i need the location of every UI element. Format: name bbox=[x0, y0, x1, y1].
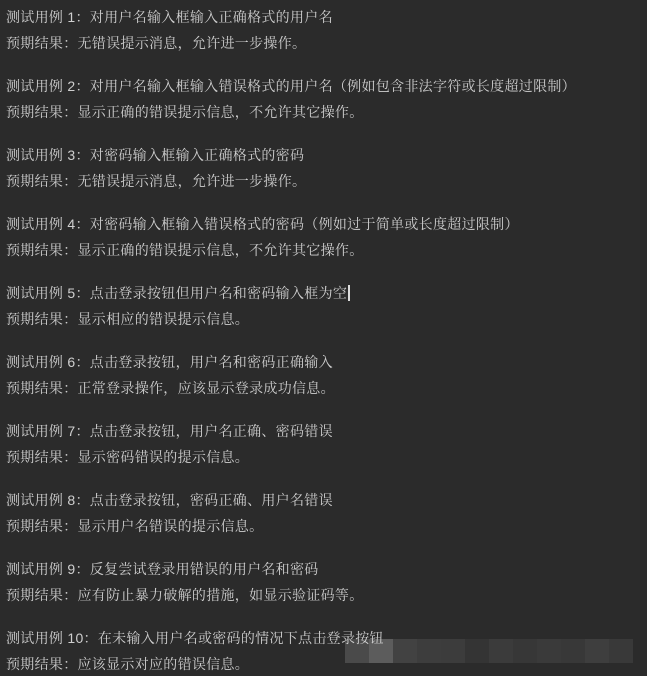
test-case-block-8: 测试用例 8：点击登录按钮，密码正确、用户名错误 预期结果：显示用户名错误的提示… bbox=[6, 487, 639, 539]
case-expected-result: 预期结果：显示正确的错误提示信息，不允许其它操作。 bbox=[6, 237, 639, 263]
case-title: 测试用例 8：点击登录按钮，密码正确、用户名错误 bbox=[6, 487, 639, 513]
text-cursor bbox=[348, 285, 350, 301]
case-title-text: 测试用例 7：点击登录按钮，用户名正确、密码错误 bbox=[6, 423, 333, 439]
test-case-block-3: 测试用例 3：对密码输入框输入正确格式的密码 预期结果：无错误提示消息，允许进一… bbox=[6, 142, 639, 194]
test-case-block-5: 测试用例 5：点击登录按钮但用户名和密码输入框为空 预期结果：显示相应的错误提示… bbox=[6, 280, 639, 332]
test-case-block-10: 测试用例 10：在未输入用户名或密码的情况下点击登录按钮 预期结果：应该显示对应… bbox=[6, 625, 639, 676]
case-title: 测试用例 5：点击登录按钮但用户名和密码输入框为空 bbox=[6, 280, 639, 306]
test-case-block-7: 测试用例 7：点击登录按钮，用户名正确、密码错误 预期结果：显示密码错误的提示信… bbox=[6, 418, 639, 470]
case-expected-result: 预期结果：无错误提示消息，允许进一步操作。 bbox=[6, 30, 639, 56]
case-title: 测试用例 4：对密码输入框输入错误格式的密码（例如过于简单或长度超过限制） bbox=[6, 211, 639, 237]
case-title-text: 测试用例 3：对密码输入框输入正确格式的密码 bbox=[6, 147, 304, 163]
case-result-text: 预期结果：正常登录操作，应该显示登录成功信息。 bbox=[6, 380, 335, 396]
case-title-text: 测试用例 1：对用户名输入框输入正确格式的用户名 bbox=[6, 9, 333, 25]
case-result-text: 预期结果：显示相应的错误提示信息。 bbox=[6, 311, 249, 327]
case-title: 测试用例 2：对用户名输入框输入错误格式的用户名（例如包含非法字符或长度超过限制… bbox=[6, 73, 639, 99]
test-case-block-4: 测试用例 4：对密码输入框输入错误格式的密码（例如过于简单或长度超过限制） 预期… bbox=[6, 211, 639, 263]
case-result-text: 预期结果：应该显示对应的错误信息。 bbox=[6, 656, 249, 672]
case-result-text: 预期结果：显示用户名错误的提示信息。 bbox=[6, 518, 263, 534]
case-title: 测试用例 7：点击登录按钮，用户名正确、密码错误 bbox=[6, 418, 639, 444]
case-title: 测试用例 10：在未输入用户名或密码的情况下点击登录按钮 bbox=[6, 625, 639, 651]
test-case-block-9: 测试用例 9：反复尝试登录用错误的用户名和密码 预期结果：应有防止暴力破解的措施… bbox=[6, 556, 639, 608]
case-title-text: 测试用例 5：点击登录按钮但用户名和密码输入框为空 bbox=[6, 285, 347, 301]
case-result-text: 预期结果：无错误提示消息，允许进一步操作。 bbox=[6, 35, 306, 51]
case-expected-result: 预期结果：显示正确的错误提示信息，不允许其它操作。 bbox=[6, 99, 639, 125]
case-title-text: 测试用例 2：对用户名输入框输入错误格式的用户名（例如包含非法字符或长度超过限制… bbox=[6, 78, 576, 94]
case-expected-result: 预期结果：应有防止暴力破解的措施，如显示验证码等。 bbox=[6, 582, 639, 608]
case-title-text: 测试用例 9：反复尝试登录用错误的用户名和密码 bbox=[6, 561, 319, 577]
case-title-text: 测试用例 6：点击登录按钮，用户名和密码正确输入 bbox=[6, 354, 333, 370]
case-expected-result: 预期结果：无错误提示消息，允许进一步操作。 bbox=[6, 168, 639, 194]
case-expected-result: 预期结果：正常登录操作，应该显示登录成功信息。 bbox=[6, 375, 639, 401]
case-result-text: 预期结果：应有防止暴力破解的措施，如显示验证码等。 bbox=[6, 587, 364, 603]
case-expected-result: 预期结果：显示用户名错误的提示信息。 bbox=[6, 513, 639, 539]
case-title: 测试用例 3：对密码输入框输入正确格式的密码 bbox=[6, 142, 639, 168]
case-title-text: 测试用例 4：对密码输入框输入错误格式的密码（例如过于简单或长度超过限制） bbox=[6, 216, 519, 232]
case-result-text: 预期结果：无错误提示消息，允许进一步操作。 bbox=[6, 173, 306, 189]
test-case-block-2: 测试用例 2：对用户名输入框输入错误格式的用户名（例如包含非法字符或长度超过限制… bbox=[6, 73, 639, 125]
test-case-block-6: 测试用例 6：点击登录按钮，用户名和密码正确输入 预期结果：正常登录操作，应该显… bbox=[6, 349, 639, 401]
case-expected-result: 预期结果：显示密码错误的提示信息。 bbox=[6, 444, 639, 470]
case-title: 测试用例 1：对用户名输入框输入正确格式的用户名 bbox=[6, 4, 639, 30]
case-expected-result: 预期结果：应该显示对应的错误信息。 bbox=[6, 651, 639, 676]
case-title: 测试用例 9：反复尝试登录用错误的用户名和密码 bbox=[6, 556, 639, 582]
case-result-text: 预期结果：显示正确的错误提示信息，不允许其它操作。 bbox=[6, 242, 364, 258]
case-result-text: 预期结果：显示密码错误的提示信息。 bbox=[6, 449, 249, 465]
case-title-text: 测试用例 10：在未输入用户名或密码的情况下点击登录按钮 bbox=[6, 630, 384, 646]
case-title: 测试用例 6：点击登录按钮，用户名和密码正确输入 bbox=[6, 349, 639, 375]
case-result-text: 预期结果：显示正确的错误提示信息，不允许其它操作。 bbox=[6, 104, 364, 120]
test-case-block-1: 测试用例 1：对用户名输入框输入正确格式的用户名 预期结果：无错误提示消息，允许… bbox=[6, 4, 639, 56]
case-title-text: 测试用例 8：点击登录按钮，密码正确、用户名错误 bbox=[6, 492, 333, 508]
test-cases-text-area[interactable]: 测试用例 1：对用户名输入框输入正确格式的用户名 预期结果：无错误提示消息，允许… bbox=[0, 0, 647, 676]
case-expected-result: 预期结果：显示相应的错误提示信息。 bbox=[6, 306, 639, 332]
